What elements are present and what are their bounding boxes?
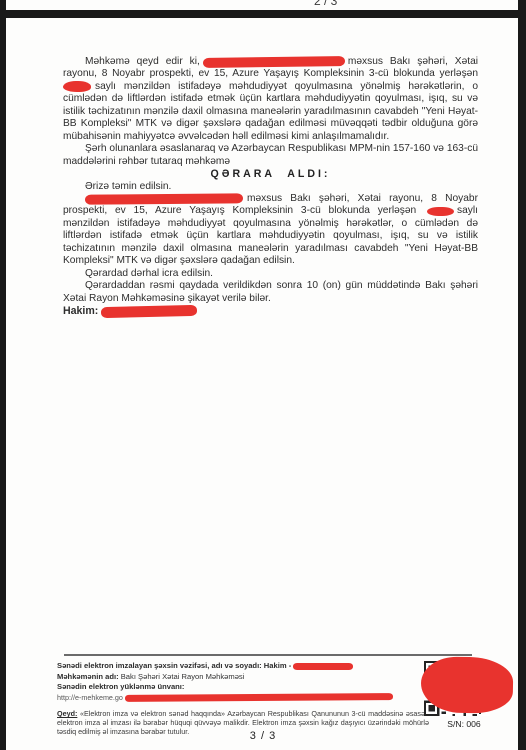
redaction-owner-name bbox=[85, 193, 243, 204]
page-divider-bar bbox=[0, 10, 526, 18]
scanned-court-decision-page: 2 / 3 Məhkəmə qeyd edir ki,məxsus Bakı ş… bbox=[0, 0, 526, 750]
download-address-label: Sənədin elektron yüklənmə ünvanı: bbox=[57, 682, 184, 691]
scan-border-right bbox=[518, 0, 526, 750]
redaction-qr-blob bbox=[421, 656, 514, 714]
court-name-line: Məhkəmənin adı: Bakı Şəhəri Xətai Rayon … bbox=[57, 672, 429, 683]
judge-label: Hakim: bbox=[63, 305, 98, 317]
paragraph-court-note: Məhkəmə qeyd edir ki,məxsus Bakı şəhəri,… bbox=[63, 56, 478, 143]
document-body: Məhkəmə qeyd edir ki,məxsus Bakı şəhəri,… bbox=[63, 56, 478, 318]
redaction-judge-name bbox=[101, 305, 197, 318]
decision-heading: QƏRARA ALDI: bbox=[63, 168, 478, 180]
current-page-number: 3 / 3 bbox=[0, 730, 526, 742]
download-url: http://e-mehkeme.go bbox=[57, 693, 123, 702]
decree-application-granted: Ərizə təmin edilsin. bbox=[63, 181, 478, 193]
download-url-line: http://e-mehkeme.go bbox=[57, 693, 429, 704]
serial-number: S/N: 006 bbox=[424, 719, 504, 729]
download-address-line: Sənədin elektron yüklənmə ünvanı: bbox=[57, 682, 429, 693]
previous-page-number: 2 / 3 bbox=[314, 0, 337, 8]
signer-label: Sənədi elektron imzalayan şəxsin vəzifəs… bbox=[57, 661, 291, 670]
scan-border-left bbox=[0, 0, 6, 750]
decree-immediate-execution: Qərardad dərhal icra edilsin. bbox=[63, 268, 478, 280]
redaction-owner-name bbox=[203, 56, 345, 68]
court-name-value: Bakı Şəhəri Xətai Rayon Məhkəməsi bbox=[121, 672, 245, 681]
court-note-after-apartment: saylı mənzildən istifadəyə məhdudiyyət q… bbox=[63, 81, 478, 142]
redaction-apartment-number bbox=[427, 207, 454, 216]
redaction-signer-name bbox=[293, 663, 353, 670]
electronic-signature-footer: Sənədi elektron imzalayan şəxsin vəzifəs… bbox=[57, 661, 429, 737]
judge-signature-line: Hakim: bbox=[63, 305, 478, 317]
signer-line: Sənədi elektron imzalayan şəxsin vəzifəs… bbox=[57, 661, 429, 672]
court-note-lead: Məhkəmə qeyd edir ki, bbox=[85, 56, 200, 67]
redaction-apartment-number bbox=[63, 81, 91, 92]
decree-prohibition-paragraph: məxsus Bakı şəhəri, Xətai rayonu, 8 Noya… bbox=[63, 193, 478, 268]
legal-note-label: Qeyd: bbox=[57, 709, 77, 718]
decree-appeal-term: Qərardaddan rəsmi qaydada verildikdən so… bbox=[63, 280, 478, 305]
court-name-label: Məhkəmənin adı: bbox=[57, 672, 119, 681]
paragraph-legal-basis: Şərh olunanlara əsaslanaraq və Azərbayca… bbox=[63, 143, 478, 168]
footer-separator-line bbox=[64, 654, 472, 656]
redaction-download-url bbox=[125, 693, 393, 702]
